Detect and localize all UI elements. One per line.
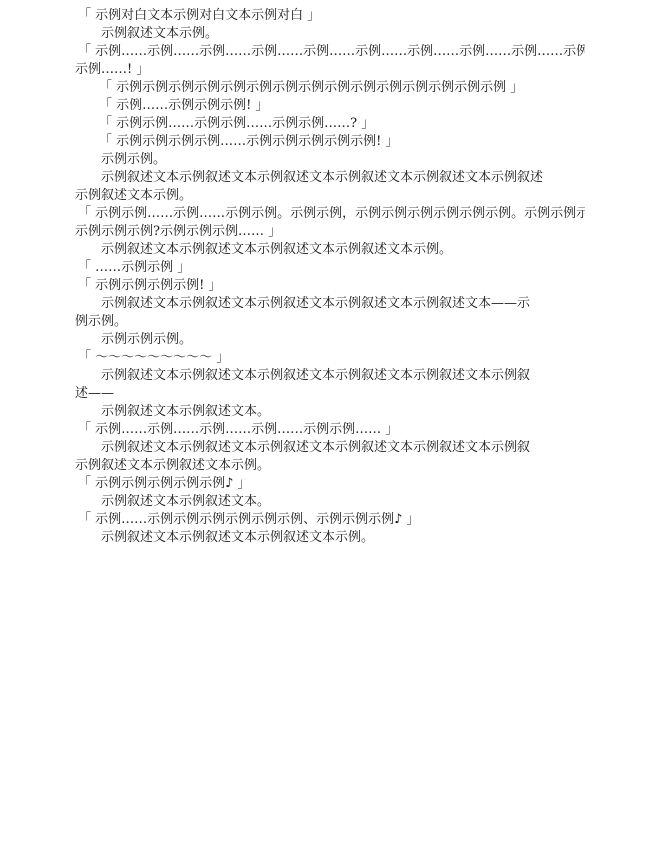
text-line: 示例叙述文本示例叙述文本。 — [75, 493, 585, 511]
text-line: 示例叙述文本示例。 — [75, 187, 585, 205]
text-line: 「 示例……示例示例示例示例示例示例、示例示例示例♪ 」 — [75, 511, 585, 529]
text-line: 「 示例对白文本示例对白文本示例对白 」 — [75, 7, 585, 25]
text-line: 示例叙述文本示例叙述文本示例叙述文本示例。 — [75, 529, 585, 547]
text-line: 示例叙述文本示例叙述文本示例叙述文本示例叙述文本示例叙述文本——示 — [75, 295, 585, 313]
text-line: 示例示例示例。 — [75, 331, 585, 349]
document-body: 「 示例对白文本示例对白文本示例对白 」示例叙述文本示例。「 示例……示例……示… — [75, 7, 585, 547]
text-line: 示例叙述文本示例叙述文本示例叙述文本示例叙述文本示例叙述文本示例叙述 — [75, 169, 585, 187]
text-line: 「 示例……示例……示例……示例……示例示例…… 」 — [75, 421, 585, 439]
text-line: 「 示例……示例示例示例! 」 — [75, 97, 585, 115]
document-page: 「 示例对白文本示例对白文本示例对白 」示例叙述文本示例。「 示例……示例……示… — [0, 0, 650, 850]
text-line: 示例叙述文本示例。 — [75, 25, 585, 43]
text-line: 「 ……示例示例 」 — [75, 259, 585, 277]
text-line: 「 示例示例示例示例……示例示例示例示例示例! 」 — [75, 133, 585, 151]
text-line: 述—— — [75, 385, 585, 403]
text-line: 「 示例……示例……示例……示例……示例……示例……示例……示例……示例……示例… — [75, 43, 585, 61]
text-line: 示例叙述文本示例叙述文本示例叙述文本示例叙述文本示例。 — [75, 241, 585, 259]
text-line: 示例叙述文本示例叙述文本。 — [75, 403, 585, 421]
text-line: 「 示例示例示例示例! 」 — [75, 277, 585, 295]
text-line: 示例叙述文本示例叙述文本示例。 — [75, 457, 585, 475]
text-line: 示例示例。 — [75, 151, 585, 169]
text-line: 示例……! 」 — [75, 61, 585, 79]
text-line: 「 示例示例示例示例示例♪ 」 — [75, 475, 585, 493]
text-line: 「 示例示例……示例……示例示例。示例示例，示例示例示例示例示例示例。示例示例示… — [75, 205, 585, 223]
text-line: 示例叙述文本示例叙述文本示例叙述文本示例叙述文本示例叙述文本示例叙 — [75, 367, 585, 385]
text-line: 「 示例示例……示例示例……示例示例……? 」 — [75, 115, 585, 133]
text-line: 例示例。 — [75, 313, 585, 331]
text-line: 「 ～～～～～～～～～ 」 — [75, 349, 585, 367]
text-line: 「 示例示例示例示例示例示例示例示例示例示例示例示例示例示例示例 」 — [75, 79, 585, 97]
text-line: 示例叙述文本示例叙述文本示例叙述文本示例叙述文本示例叙述文本示例叙 — [75, 439, 585, 457]
text-line: 示例示例示例?示例示例示例…… 」 — [75, 223, 585, 241]
